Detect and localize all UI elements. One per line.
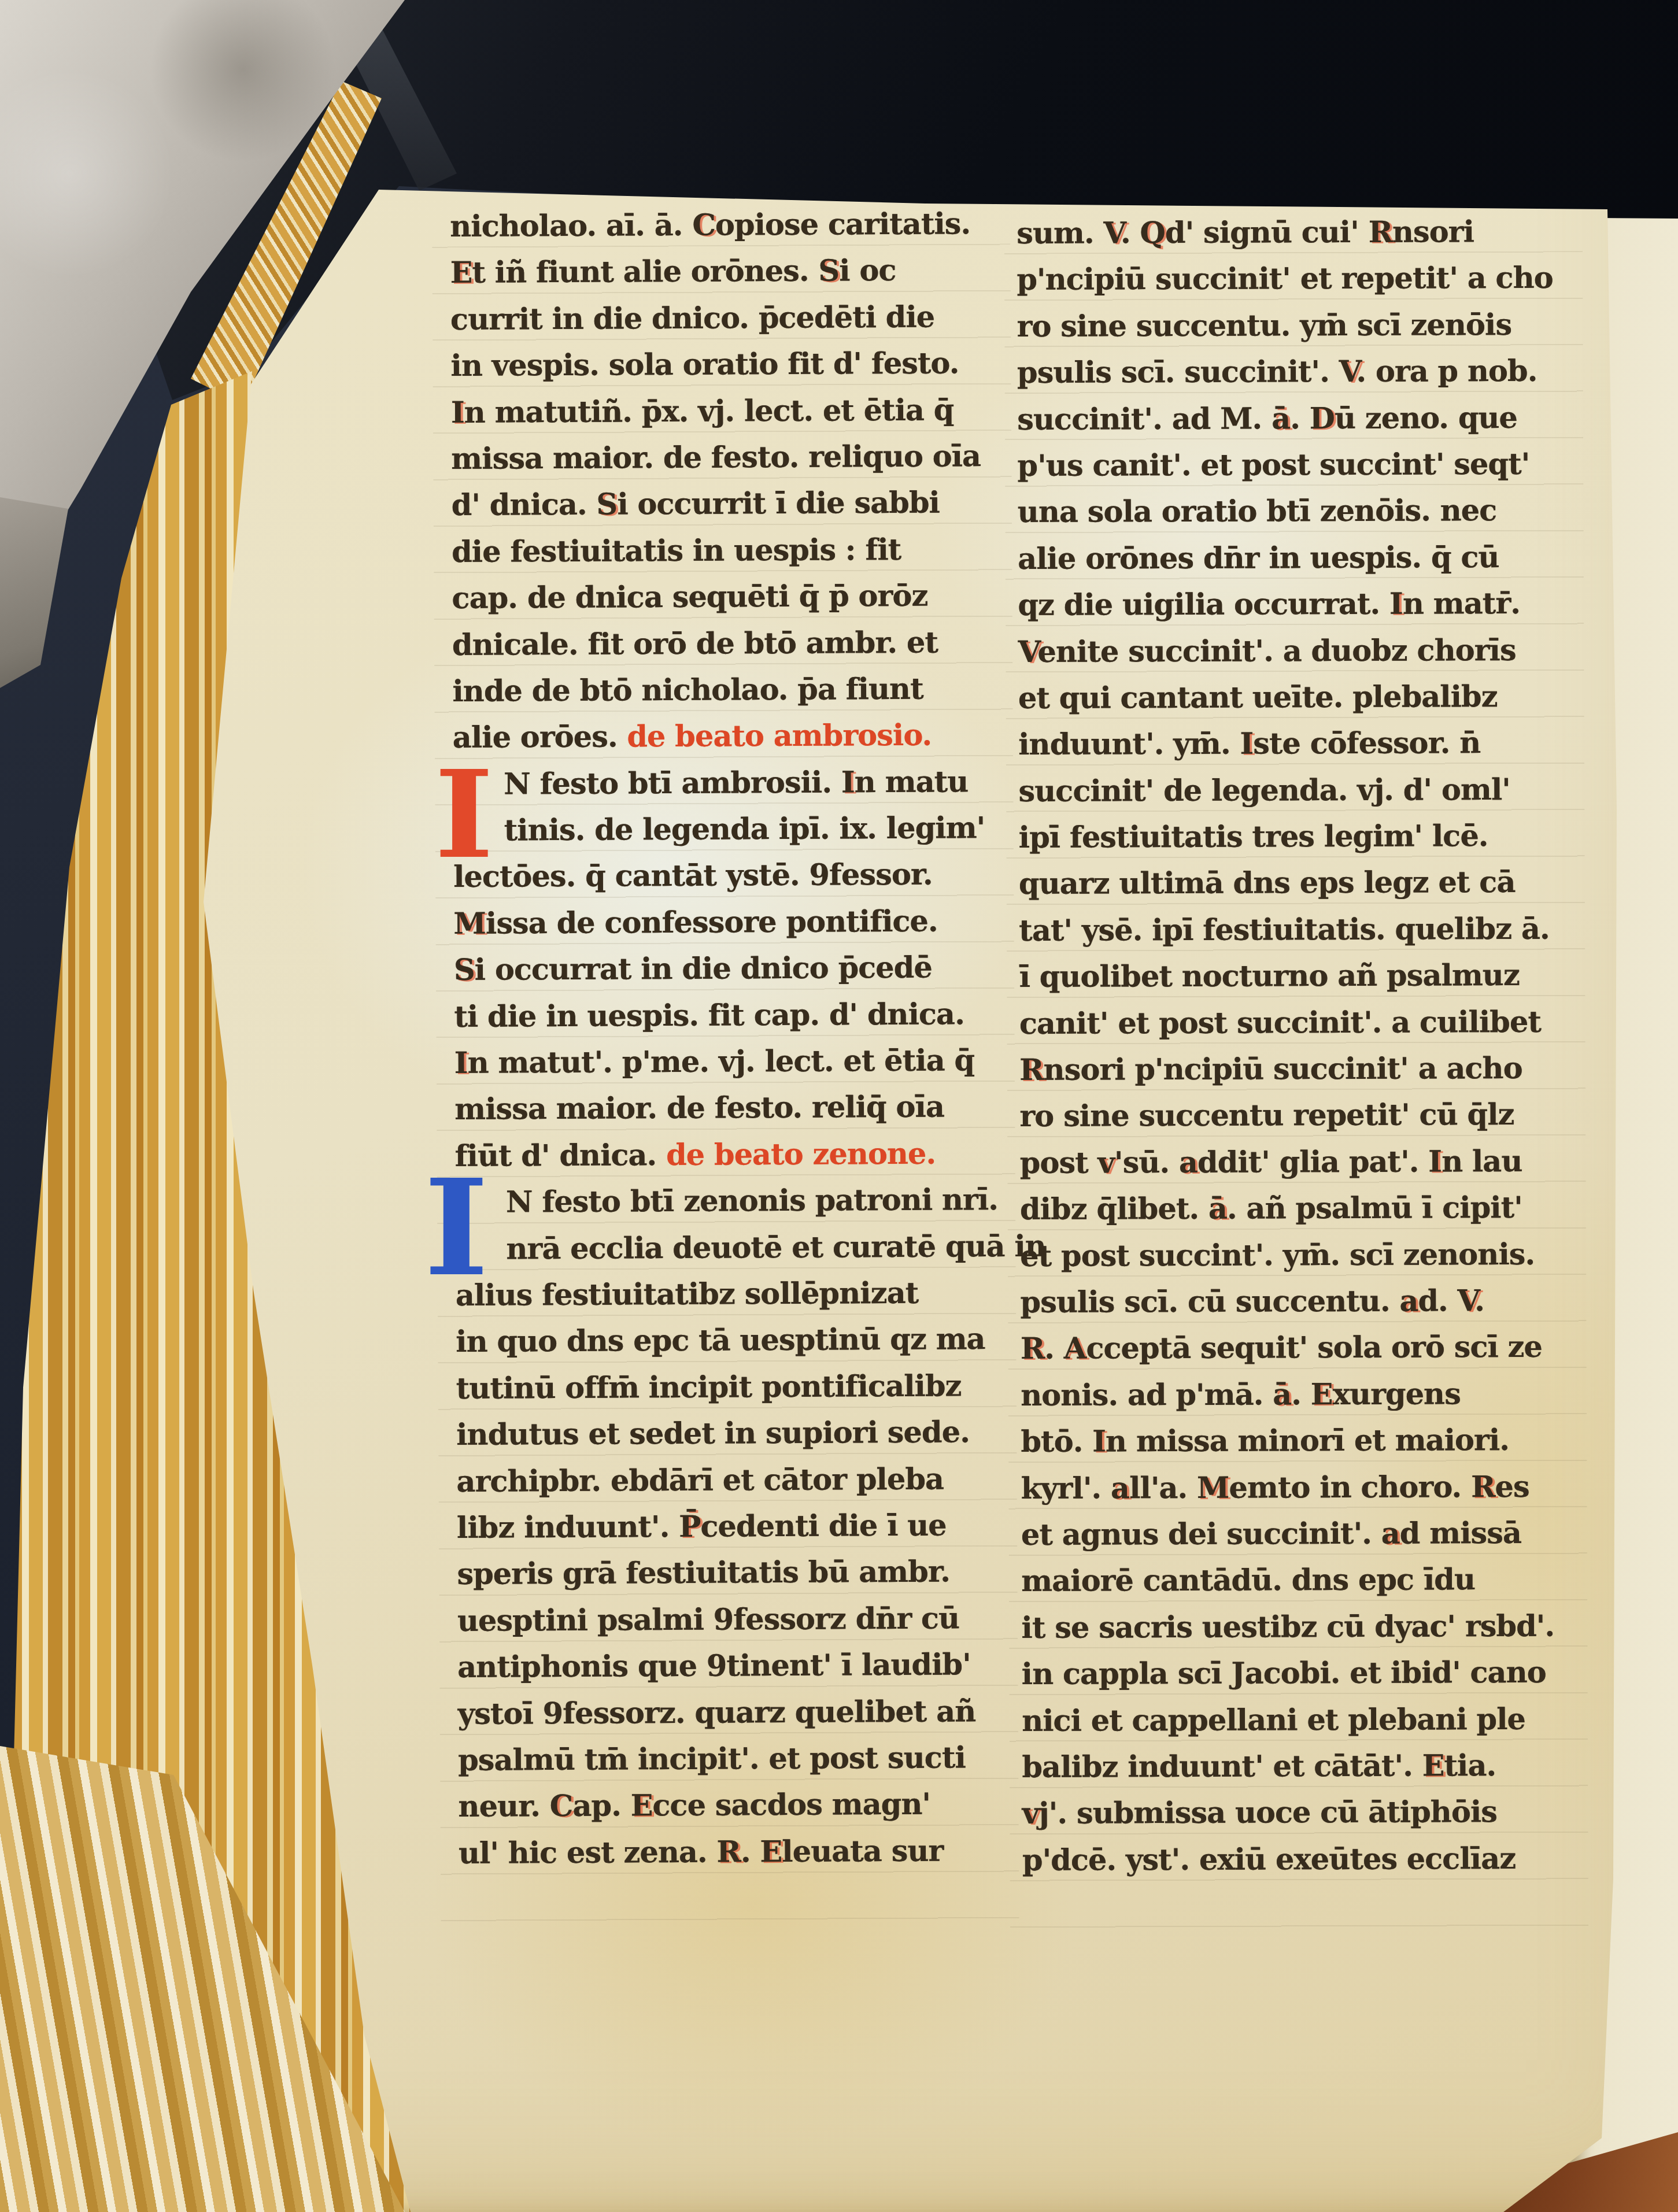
text-segment: A [1064,1331,1086,1366]
text-line: speris grā festiuitatis bū ambr. [457,1554,1048,1604]
text-segment: M [1197,1470,1229,1505]
text-line: tat' ysē. ipī festiuitatis. quelibz ā. [1019,912,1555,960]
text-line: alius festiuitatibz sollēpnizat [456,1275,1047,1325]
text-segment: E [1311,1377,1333,1412]
text-segment: . [1290,401,1310,436]
text-segment: t iñ fiunt alie orōnes. [472,254,818,290]
text-segment: nicholao. aī. ā. [450,208,692,244]
text-segment: n matutiñ. p̄x. vj. lect. et ētia q̄ [464,393,954,430]
text-segment: cap. de dnica sequēti q̄ p̄ orōz [452,579,927,616]
text-segment: R [1019,1053,1044,1087]
text-segment: una sola oratio btī zenōis. nec [1018,493,1497,530]
text-line: balibz induunt' et cātāt'. Etia. [1022,1748,1558,1797]
text-line: alie orōes. de beato ambrosio. [453,717,1044,767]
text-segment: indutus et sedet in supiori sede. [456,1415,970,1452]
text-segment: ll'a. [1129,1470,1197,1505]
text-segment: v [1022,1796,1039,1831]
text-segment: E [1422,1748,1444,1783]
text-segment: ti die in uespis. fit cap. d' dnica. [454,997,964,1034]
text-line: dibz q̄libet. ā. añ psalmū ī cipit' [1020,1190,1557,1239]
text-line: neur. Cap. Ecce sacdos magn' [458,1786,1049,1836]
text-segment: alie orōnes dn̄r in uespis. q̄ cū [1018,540,1499,576]
text-line: In matut'. p'me. vj. lect. et ētia q̄ [454,1043,1045,1093]
text-line: psulis scī. succinit'. V. ora p nob. [1017,354,1554,402]
text-segment: V [1457,1283,1474,1318]
text-segment: ddit' glia pat'. [1197,1144,1428,1179]
text-segment: uesptini psalmi 9fessorz dn̄r cū [457,1601,960,1638]
text-segment: 'sū. [1114,1145,1179,1180]
text-segment: ā [1272,401,1290,436]
text-segment: a [1399,1284,1418,1319]
text-line: qz die uigilia occurrat. In matr̄. [1018,586,1554,635]
text-line: psulis scī. cū succentu. ad. V. [1020,1283,1557,1332]
text-segment: ā [1208,1192,1227,1226]
text-segment: ystoī 9fessorz. quarz quelibet añ [457,1694,975,1732]
text-line: d' dnica. Si occurrit ī die sabbi [452,485,1043,535]
text-segment: maiorē cantādū. dns epc īdu [1021,1563,1475,1599]
text-segment: N festo btī ambrosii. [504,765,841,801]
text-segment: d' dnica. [452,487,597,523]
text-segment: I [1389,587,1403,622]
text-segment: balibz induunt' et cātāt'. [1022,1748,1422,1784]
text-line: induunt'. ym̄. Iste cōfessor. n̄ [1018,726,1555,774]
text-line: nonis. ad p'mā. ā. Exurgens [1021,1377,1557,1425]
text-segment: libz induunt'. [457,1510,679,1545]
text-segment: it se sacris uestibz cū dyac' rsbd'. [1021,1608,1554,1645]
text-segment: post [1020,1145,1098,1180]
text-segment: i oc [839,253,896,288]
text-segment: currit in die dnico. p̄cedēti die [450,299,935,336]
text-line: N festo btī zenonis patroni nrī. [455,1182,1046,1232]
text-segment: R [1021,1331,1045,1366]
text-segment: canit' et post succinit'. a cuilibet [1019,1004,1541,1041]
text-line: inde de btō nicholao. p̄a fiunt [452,671,1043,721]
text-segment: alie orōes. [453,720,627,756]
text-segment: I [841,765,855,800]
text-line: ī quolibet nocturno añ psalmuz [1019,958,1555,1007]
text-line: ul' hic est zena. R. Eleuata sur [459,1833,1049,1882]
text-segment: ap. [572,1789,631,1824]
text-segment: a [1111,1471,1129,1506]
text-segment: nsori [1392,214,1474,249]
text-segment: nsori p'ncipiū succinit' a acho [1043,1051,1522,1087]
text-segment: d missā [1400,1516,1521,1551]
text-line: antiphonis que 9tinent' ī laudib' [457,1647,1048,1697]
text-line: p'us canit'. et post succint' seqt' [1017,447,1554,495]
text-segment: cedenti die ī ue [700,1508,947,1544]
text-segment: R [1471,1470,1495,1504]
text-segment: d. [1418,1283,1457,1318]
text-segment: die festiuitatis in uespis : fit [452,532,901,569]
text-segment: . [741,1834,760,1869]
text-line: psalmū tm̄ incipit'. et post sucti [458,1740,1049,1790]
text-line: nicholao. aī. ā. Copiose caritatis. [450,206,1041,256]
text-line: p'ncipiū succinit' et repetit' a cho [1017,261,1553,309]
text-line: et agnus dei succinit'. ad missā [1021,1516,1558,1564]
text-line: nrā ecclia deuotē et curatē quā in [455,1229,1046,1278]
text-line: ti die in uespis. fit cap. d' dnica. [454,996,1045,1046]
text-line: N festo btī ambrosii. In matu [453,764,1044,813]
text-segment: E [630,1788,652,1823]
text-segment: in cappla scī Jacobi. et ibid' cano [1022,1655,1546,1692]
text-segment: neur. [458,1789,550,1824]
text-segment: v [1097,1145,1114,1180]
text-line: succinit' de legenda. vj. d' oml' [1018,772,1555,820]
text-segment: R [716,1834,741,1869]
text-segment: . [1121,216,1140,250]
text-line: currit in die dnico. p̄cedēti die [450,299,1041,349]
text-segment: ā [1273,1377,1291,1412]
text-segment: V [1018,634,1038,669]
text-line: p'dcē. yst'. exiū exeūtes ecclīaz [1022,1841,1559,1889]
text-line: archipbr. ebdārī et cātor pleba [456,1461,1047,1511]
text-segment: I [1428,1144,1442,1179]
text-segment: speris grā festiuitatis bū ambr. [457,1555,950,1592]
text-segment: nici et cappellani et plebani ple [1022,1701,1525,1738]
text-segment: btō. [1021,1425,1092,1459]
text-segment: de beato zenone. [666,1136,936,1172]
text-line: maiorē cantādū. dns epc īdu [1021,1562,1558,1611]
text-segment: nrā ecclia deuotē et curatē quā in [506,1229,1046,1266]
text-segment: de beato ambrosio. [627,718,932,754]
text-segment: psulis scī. succinit'. [1017,354,1339,390]
text-segment: . [1044,1331,1064,1366]
text-segment: . [1291,1377,1311,1412]
text-segment: cce sacdos magn' [652,1787,930,1823]
text-segment: archipbr. ebdārī et cātor pleba [456,1462,944,1499]
text-segment: I [454,1046,468,1081]
text-line: canit' et post succinit'. a cuilibet [1019,1004,1556,1053]
text-segment: dnicale. fit orō de btō ambr. et [452,625,938,662]
text-segment: missa maior. de festo. reliquo oīa [451,439,981,476]
text-line: Missa de confessore pontifice. [453,903,1044,953]
text-segment: psalmū tm̄ incipit'. et post sucti [458,1740,966,1778]
text-segment: I [1092,1425,1106,1459]
text-line: kyrl'. all'a. Memto in choro. Res [1021,1469,1558,1518]
text-segment: ū zeno. que [1335,401,1517,436]
text-segment: tutinū offm̄ incipit pontificalibz [456,1368,962,1406]
text-segment: inde de btō nicholao. p̄a fiunt [452,672,923,709]
text-segment: tia. [1444,1748,1496,1783]
text-segment: quarz ultimā dns eps legz et cā [1019,865,1516,901]
text-segment: fiūt d' dnica. [454,1138,666,1174]
text-segment: opiose caritatis. [715,206,971,242]
text-segment: S [596,487,617,522]
text-segment: qz die uigilia occurrat. [1018,587,1389,623]
text-segment: C [692,208,715,243]
text-segment: Q [1140,216,1165,250]
text-line: ipī festiuitatis tres legim' lcē. [1019,819,1555,867]
text-segment: i occurrat in die dnico p̄cedē [475,950,932,987]
text-segment: induunt'. ym̄. [1018,727,1240,762]
text-segment: missa maior. de festo. reliq̄ oīa [454,1090,944,1127]
text-line: R. Acceptā sequit' sola orō scī ze [1021,1330,1557,1378]
text-segment: . añ psalmū ī cipit' [1227,1190,1522,1226]
text-segment: cceptā sequit' sola orō scī ze [1086,1330,1542,1366]
text-segment: S [454,953,475,987]
manuscript-photo-scene: I I nicholao. aī. ā. Copiose caritatis.E… [0,0,1678,2212]
text-segment: alius festiuitatibz sollēpnizat [456,1276,919,1313]
text-line: libz induunt'. P̄cedenti die ī ue [457,1508,1048,1558]
text-line: die festiuitatis in uespis : fit [452,531,1043,581]
text-line: lectōes. q̄ cantāt ystē. 9fessor. [453,857,1044,907]
text-segment: n missa minorī et maiori. [1106,1423,1509,1459]
text-segment: antiphonis que 9tinent' ī laudib' [457,1647,971,1685]
text-segment: et agnus dei succinit'. [1021,1516,1381,1552]
text-segment: succinit' de legenda. vj. d' oml' [1018,772,1510,809]
text-segment: ro sine succentu repetit' cū q̄lz [1019,1097,1514,1134]
text-line: ro sine succentu. ym̄ scī zenōis [1017,308,1554,356]
text-segment: ro sine succentu. ym̄ scī zenōis [1017,308,1512,344]
text-segment: issa de confessore pontifice. [486,904,938,941]
text-line: Venite succinit'. a duobz chorīs [1018,632,1555,681]
text-line: fiūt d' dnica. de beato zenone. [454,1135,1045,1185]
text-segment: p'us canit'. et post succint' seqt' [1017,447,1529,483]
text-segment: ste cōfessor. n̄ [1253,726,1480,761]
text-segment: sum. [1017,216,1103,251]
text-line: vj'. submissa uoce cū ātiphōis [1022,1795,1559,1843]
text-segment: enite succinit'. a duobz chorīs [1037,633,1516,669]
text-line: in vespis. sola oratio fit d' festo. [450,346,1041,395]
text-segment: . [1474,1283,1484,1318]
text-segment: . ora p nob. [1356,354,1537,389]
text-line: it se sacris uestibz cū dyac' rsbd'. [1021,1608,1558,1657]
text-line: quarz ultimā dns eps legz et cā [1019,865,1555,913]
text-segment: et post succint'. ym̄. scī zenonis. [1020,1237,1535,1273]
text-line: alie orōnes dn̄r in uespis. q̄ cū [1018,539,1554,588]
text-segment: P̄ [679,1510,701,1544]
text-segment: I [1240,727,1253,761]
text-line: cap. de dnica sequēti q̄ p̄ orōz [452,578,1043,628]
text-segment: p'dcē. yst'. exiū exeūtes ecclīaz [1022,1841,1516,1878]
text-segment: ipī festiuitatis tres legim' lcē. [1019,819,1488,855]
text-line: uesptini psalmi 9fessorz dn̄r cū [457,1600,1048,1650]
text-line: ystoī 9fessorz. quarz quelibet añ [457,1693,1048,1743]
text-line: post v'sū. addit' glia pat'. In lau [1020,1144,1557,1193]
text-segment: es [1495,1469,1529,1504]
text-segment: succinit'. ad M. [1017,401,1272,437]
text-line: missa maior. de festo. reliq̄ oīa [454,1089,1045,1139]
text-segment: tat' ysē. ipī festiuitatis. quelibz ā. [1019,912,1550,948]
text-line: dnicale. fit orō de btō ambr. et [452,624,1043,674]
text-line: ro sine succentu repetit' cū q̄lz [1019,1097,1556,1146]
text-line: nici et cappellani et plebani ple [1022,1701,1558,1750]
text-segment: R [1368,215,1392,250]
text-line: tutinū offm̄ incipit pontificalibz [456,1368,1047,1418]
text-segment: et qui cantant ueīte. plebalibz [1018,679,1498,716]
text-segment: in vespis. sola oratio fit d' festo. [450,346,959,384]
text-segment: dibz q̄libet. [1020,1192,1208,1227]
text-line: Rnsori p'ncipiū succinit' a acho [1019,1051,1556,1100]
text-line: tinis. de legenda ipī. ix. legim' [453,811,1044,860]
text-segment: p'ncipiū succinit' et repetit' a cho [1017,261,1553,297]
text-line: btō. In missa minorī et maiori. [1021,1423,1557,1471]
text-segment: n matr̄. [1403,586,1520,622]
text-segment: E [450,256,472,290]
text-segment: nonis. ad p'mā. [1021,1377,1273,1413]
text-segment: E [760,1834,782,1869]
text-segment: a [1179,1145,1197,1180]
text-segment: ī quolibet nocturno añ psalmuz [1019,958,1519,994]
text-segment: S [818,254,839,288]
metal-strap-fragment [0,491,75,700]
text-segment: j'. submissa uoce cū ātiphōis [1038,1795,1497,1831]
text-segment: emto in choro. [1229,1470,1471,1505]
left-text-column: nicholao. aī. ā. Copiose caritatis.Et iñ… [450,206,1049,1882]
text-segment: lectōes. q̄ cantāt ystē. 9fessor. [453,857,933,894]
text-segment: V [1339,354,1357,389]
text-segment: N festo btī zenonis patroni nrī. [506,1182,998,1219]
text-line: et post succint'. ym̄. scī zenonis. [1020,1237,1557,1285]
text-line: in cappla scī Jacobi. et ibid' cano [1022,1655,1558,1704]
text-segment: n lau [1442,1144,1522,1179]
text-segment: psulis scī. cū succentu. [1020,1284,1399,1320]
text-line: Et iñ fiunt alie orōnes. Si oc [450,253,1041,302]
text-line: indutus et sedet in supiori sede. [456,1415,1047,1464]
text-segment: d' signū cui' [1165,215,1369,250]
text-segment: ul' hic est zena. [459,1834,717,1870]
text-segment: i occurrit ī die sabbi [617,486,940,522]
text-line: missa maior. de festo. reliquo oīa [451,439,1042,489]
text-segment: I [451,395,464,430]
right-text-column: sum. V. Qd' signū cui' Rnsorip'ncipiū su… [1017,214,1558,1889]
text-line: una sola oratio btī zenōis. nec [1018,493,1554,542]
text-line: Si occurrat in die dnico p̄cedē [454,950,1045,1000]
text-segment: leuata sur [782,1833,943,1869]
text-segment: M [453,907,486,941]
text-line: succinit'. ad M. ā. Dū zeno. que [1017,400,1554,449]
text-segment: C [550,1789,573,1823]
text-segment: D [1310,401,1335,436]
text-line: in quo dns epc tā uesptinū qz ma [456,1322,1047,1371]
text-segment: tinis. de legenda ipī. ix. legim' [504,811,985,848]
text-segment: n matu [855,764,969,800]
text-segment: n matut'. p'me. vj. lect. et ētia q̄ [467,1043,974,1081]
text-line: sum. V. Qd' signū cui' Rnsori [1017,214,1553,263]
text-segment: in quo dns epc tā uesptinū qz ma [456,1322,985,1360]
text-segment: a [1381,1516,1400,1551]
text-segment: xurgens [1332,1377,1460,1412]
text-segment: kyrl'. [1021,1471,1111,1506]
text-segment: V [1103,216,1121,250]
text-line: et qui cantant ueīte. plebalibz [1018,679,1555,728]
text-line: In matutiñ. p̄x. vj. lect. et ētia q̄ [451,392,1042,442]
